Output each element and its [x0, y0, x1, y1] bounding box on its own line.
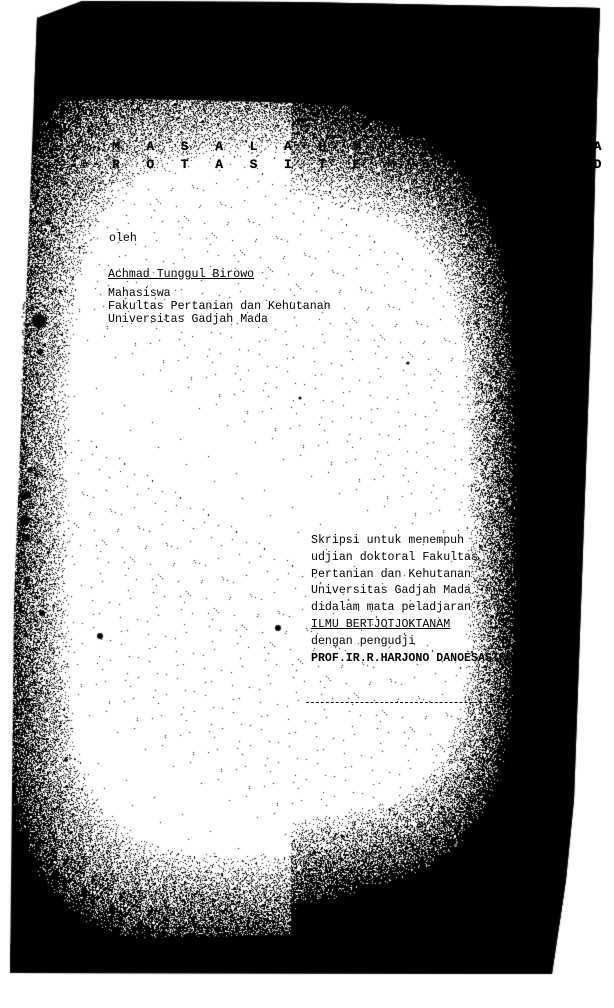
purpose-line: Universitas Gadjah Mada — [311, 583, 513, 600]
affiliation-line: Mahasiswa — [108, 287, 331, 300]
purpose-line: Skripsi untuk menempuh — [311, 533, 513, 550]
purpose-line: Pertanian dan Kehutanan — [311, 567, 513, 584]
purpose-line: dengan pengudji — [311, 634, 513, 651]
title-line-2: R O T A S I T E M B A K A U D E L I — [112, 157, 614, 172]
affiliation-line: Fakultas Pertanian dan Kehutanan — [108, 300, 331, 313]
affiliation-block: Mahasiswa Fakultas Pertanian dan Kehutan… — [108, 287, 331, 326]
by-label: oleh — [109, 232, 137, 245]
thesis-purpose-block: Skripsi untuk menempuh udjian doktoral F… — [311, 533, 513, 667]
subject-line: ILMU BERTJOTJOKTANAM — [311, 617, 513, 634]
examiner-line: PROF.IR.R.HARJONO DANOESASTRO — [311, 651, 513, 668]
author-name: Achmad Tunggul Birowo — [108, 268, 254, 281]
purpose-line: didalam mata peladjaran — [311, 600, 513, 617]
purpose-line: udjian doktoral Fakultas — [311, 550, 513, 567]
title-line-1: M A S A L A H M E M P E R P A N D J A N … — [112, 139, 614, 154]
signature-rule — [306, 702, 512, 703]
affiliation-line: Universitas Gadjah Mada — [108, 313, 331, 326]
